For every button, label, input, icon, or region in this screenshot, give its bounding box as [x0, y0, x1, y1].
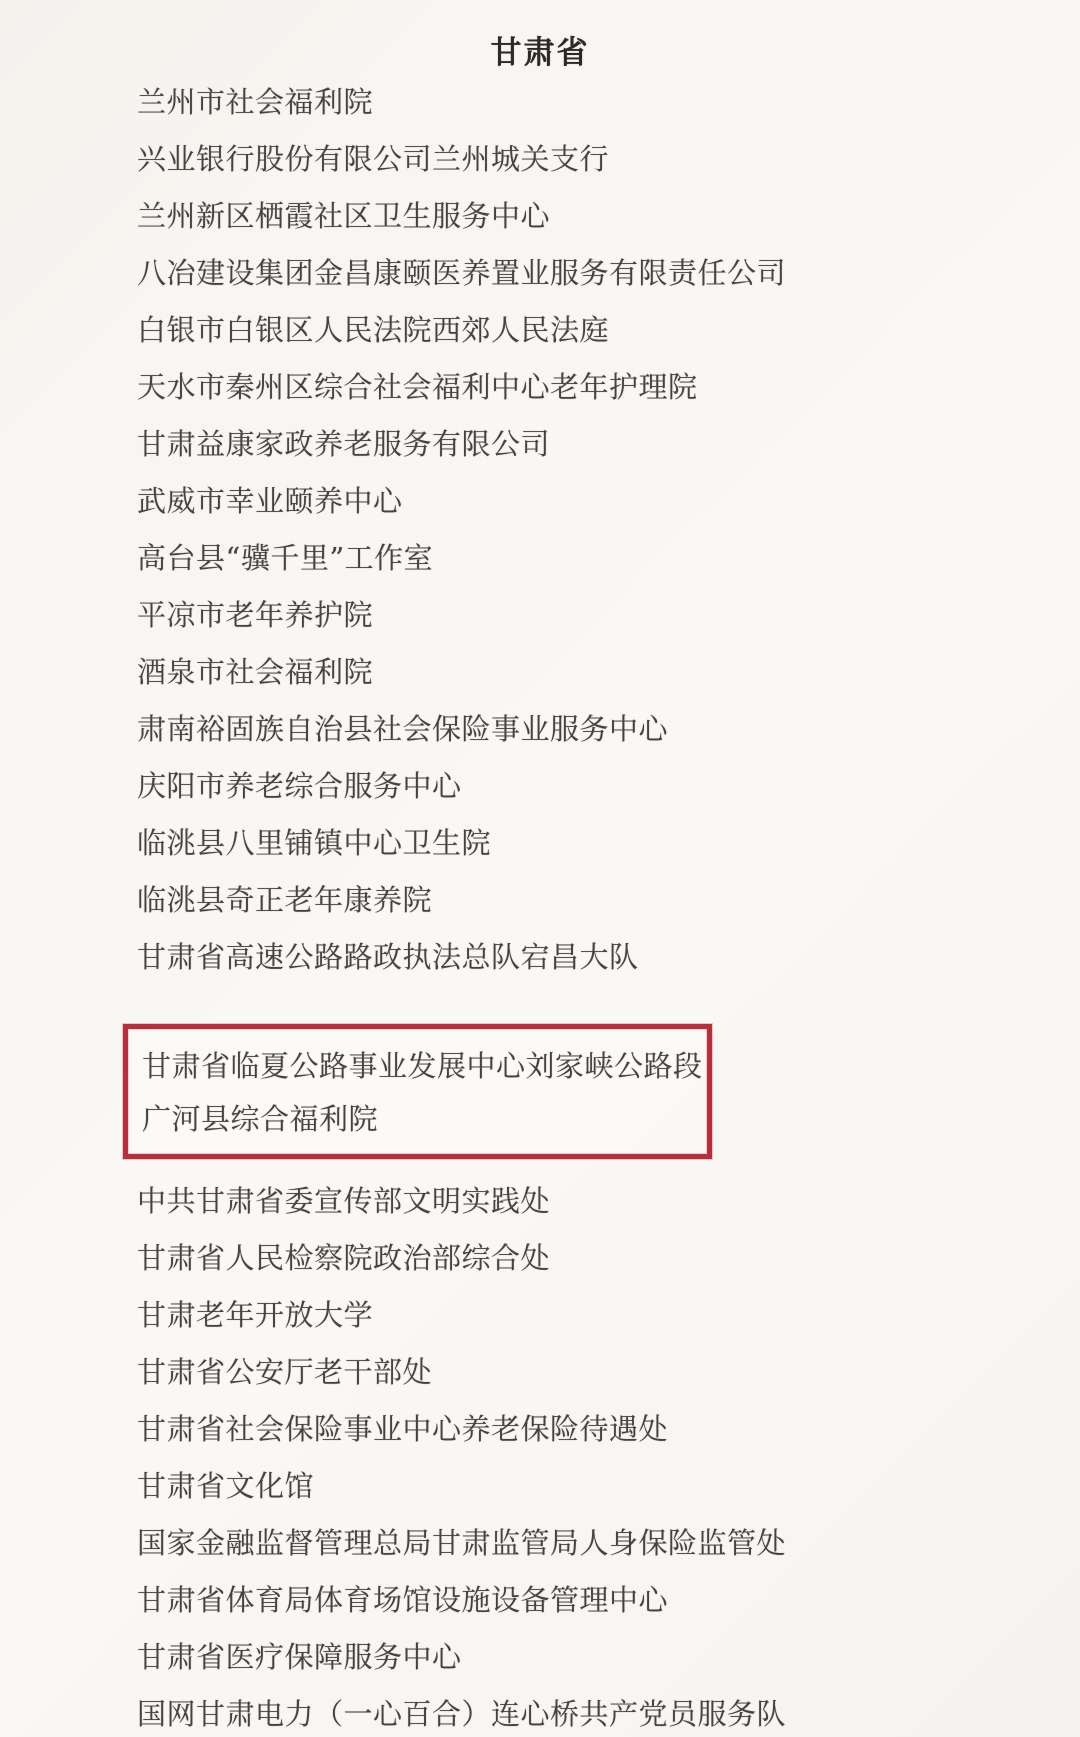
list-item: 酒泉市社会福利院 — [137, 642, 1000, 699]
list-item: 甘肃省医疗保障服务中心 — [137, 1627, 1000, 1684]
list-item: 庆阳市养老综合服务中心 — [137, 756, 1000, 813]
highlighted-list-item: 广河县综合福利院 — [142, 1091, 707, 1144]
list-item: 甘肃省公安厅老干部处 — [137, 1342, 1000, 1399]
list-item: 武威市幸业颐养中心 — [137, 471, 1000, 528]
list-item: 临洮县八里铺镇中心卫生院 — [137, 813, 1000, 870]
list-item: 国家金融监督管理总局甘肃监管局人身保险监管处 — [137, 1513, 1000, 1570]
list-item: 国网甘肃电力（一心百合）连心桥共产党员服务队 — [137, 1684, 1000, 1737]
highlighted-list-item: 甘肃省临夏公路事业发展中心刘家峡公路段 — [142, 1038, 707, 1091]
page-title: 甘肃省 — [0, 0, 1080, 72]
organization-list-bottom: 中共甘肃省委宣传部文明实践处 甘肃省人民检察院政治部综合处 甘肃老年开放大学 甘… — [137, 1171, 1000, 1737]
list-item: 甘肃省社会保险事业中心养老保险待遇处 — [137, 1399, 1000, 1456]
list-item: 甘肃省文化馆 — [137, 1456, 1000, 1513]
list-item: 兰州市社会福利院 — [137, 72, 1000, 129]
list-item: 甘肃老年开放大学 — [137, 1285, 1000, 1342]
list-item: 甘肃益康家政养老服务有限公司 — [137, 414, 1000, 471]
list-item: 甘肃省高速公路路政执法总队宕昌大队 — [137, 927, 1000, 984]
list-item: 临洮县奇正老年康养院 — [137, 870, 1000, 927]
list-item: 甘肃省体育局体育场馆设施设备管理中心 — [137, 1570, 1000, 1627]
list-item: 高台县“骥千里”工作室 — [137, 528, 1000, 585]
list-item: 白银市白银区人民法院西郊人民法庭 — [137, 300, 1000, 357]
list-item: 兴业银行股份有限公司兰州城关支行 — [137, 129, 1000, 186]
list-item: 中共甘肃省委宣传部文明实践处 — [137, 1171, 1000, 1228]
list-item: 甘肃省人民检察院政治部综合处 — [137, 1228, 1000, 1285]
list-item: 平凉市老年养护院 — [137, 585, 1000, 642]
list-item: 肃南裕固族自治县社会保险事业服务中心 — [137, 699, 1000, 756]
document-page: 甘肃省 兰州市社会福利院 兴业银行股份有限公司兰州城关支行 兰州新区栖霞社区卫生… — [0, 0, 1080, 1737]
list-item: 天水市秦州区综合社会福利中心老年护理院 — [137, 357, 1000, 414]
red-highlight-box: 甘肃省临夏公路事业发展中心刘家峡公路段 广河县综合福利院 — [123, 1024, 712, 1159]
list-item: 八冶建设集团金昌康颐医养置业服务有限责任公司 — [137, 243, 1000, 300]
organization-list-top: 兰州市社会福利院 兴业银行股份有限公司兰州城关支行 兰州新区栖霞社区卫生服务中心… — [137, 72, 1000, 984]
list-item: 兰州新区栖霞社区卫生服务中心 — [137, 186, 1000, 243]
